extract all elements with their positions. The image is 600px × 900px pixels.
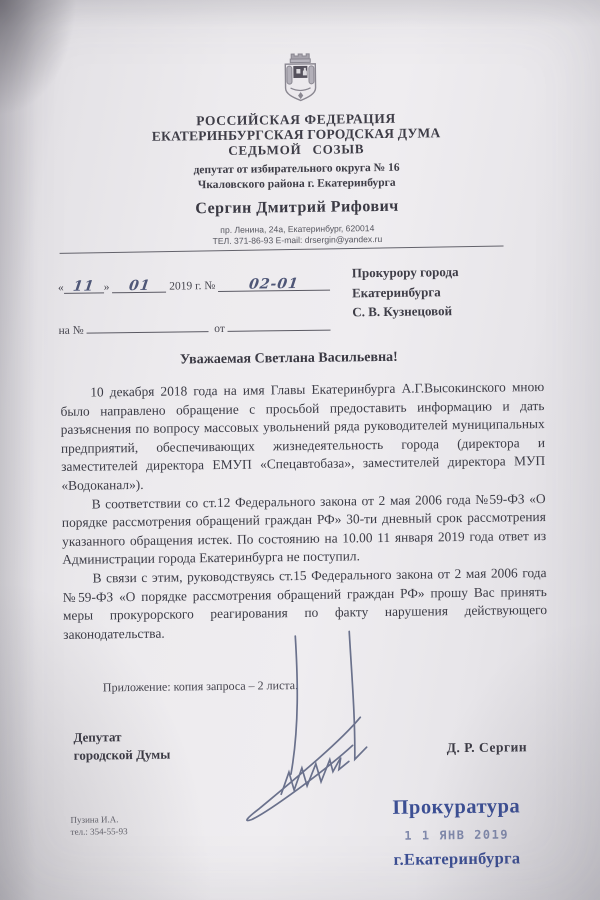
outgoing-number-field: 02-01 <box>218 276 330 292</box>
signer-position-line1: Депутат <box>73 728 170 747</box>
salutation: Уважаемая Светлана Васильевна! <box>0 348 579 371</box>
signer-position-line2: городской Думы <box>74 745 171 764</box>
signer-name: Д. Р. Сергин <box>447 739 528 756</box>
handwritten-month: 01 <box>128 278 152 294</box>
executor-block: Пузина И.А. тел.: 354-55-93 <box>70 813 127 838</box>
letter-page: РОССИЙСКАЯ ФЕДЕРАЦИЯ ЕКАТЕРИНБУРГСКАЯ ГО… <box>0 0 600 900</box>
body-paragraph-1: 10 декабря 2018 года на имя Главы Екатер… <box>60 378 545 495</box>
stamp-date: 1 1 ЯНВ 2019 <box>381 827 533 843</box>
addressee-line1: Прокурору города <box>352 262 459 283</box>
incoming-number-field <box>86 317 208 333</box>
addressee-line3: С. В. Кузнецовой <box>352 301 459 322</box>
prosecutor-incoming-stamp: Прокуратура 1 1 ЯНВ 2019 г.Екатеринбурга <box>380 795 533 870</box>
executor-phone: тел.: 354-55-93 <box>71 825 128 838</box>
date-day-field: 11 <box>64 278 104 293</box>
letterhead: РОССИЙСКАЯ ФЕДЕРАЦИЯ ЕКАТЕРИНБУРГСКАЯ ГО… <box>0 109 597 194</box>
handwritten-number: 02-01 <box>248 276 300 293</box>
quote-close: » <box>104 281 110 293</box>
executor-name: Пузина И.А. <box>70 813 127 826</box>
letter-body: 10 декабря 2018 года на имя Главы Екатер… <box>60 378 547 644</box>
incoming-reference-row: на № от <box>58 316 330 337</box>
coat-of-arms-icon <box>278 50 323 115</box>
body-paragraph-2: В соответствии со ст.12 Федерального зак… <box>62 490 547 570</box>
scanned-letter-photo: РОССИЙСКАЯ ФЕДЕРАЦИЯ ЕКАТЕРИНБУРГСКАЯ ГО… <box>0 0 600 900</box>
reference-number-row: «11» 01 2019 г. № 02-01 <box>58 276 330 294</box>
stamp-office-name: Прокуратура <box>380 795 532 820</box>
addressee-block: Прокурору города Екатеринбурга С. В. Куз… <box>352 262 459 322</box>
on-number-label: на № <box>58 325 83 337</box>
stamp-city: г.Екатеринбурга <box>381 848 533 870</box>
handwritten-day: 11 <box>72 278 96 294</box>
deputy-name: Сергин Дмитрий Рифович <box>0 195 597 220</box>
signer-position: Депутат городской Думы <box>73 728 170 764</box>
addressee-line2: Екатеринбурга <box>352 282 459 303</box>
handwritten-signature-icon <box>227 621 385 838</box>
date-month-field: 01 <box>112 278 166 294</box>
incoming-date-field <box>228 316 331 332</box>
year-and-number-label: 2019 г. № <box>169 280 215 293</box>
letterhead-contacts: пр. Ленина, 24а, Екатеринбург, 620014 ТЕ… <box>0 220 597 248</box>
from-label: от <box>214 323 225 335</box>
